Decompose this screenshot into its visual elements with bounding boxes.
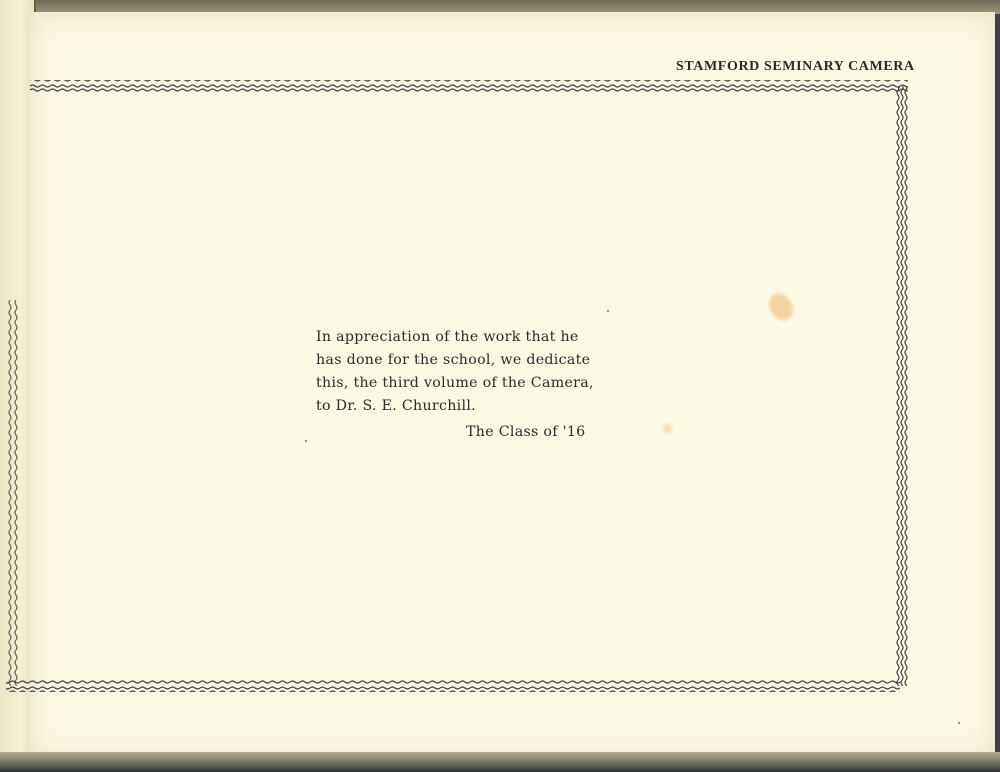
running-head: STAMFORD SEMINARY CAMERA [676, 59, 915, 75]
dedication-signature: The Class of '16 [466, 424, 586, 440]
dedication-line: to Dr. S. E. Churchill. [316, 395, 606, 418]
paper-speck [607, 310, 609, 312]
paper-stain [663, 424, 672, 433]
dedication-text: In appreciation of the work that he has … [316, 326, 606, 418]
paper-speck [958, 722, 960, 724]
paper-speck [305, 440, 307, 442]
dedication-line: In appreciation of the work that he [316, 326, 606, 349]
dedication-line: this, the third volume of the Camera, [316, 372, 606, 395]
dedication-line: has done for the school, we dedicate [316, 349, 606, 372]
